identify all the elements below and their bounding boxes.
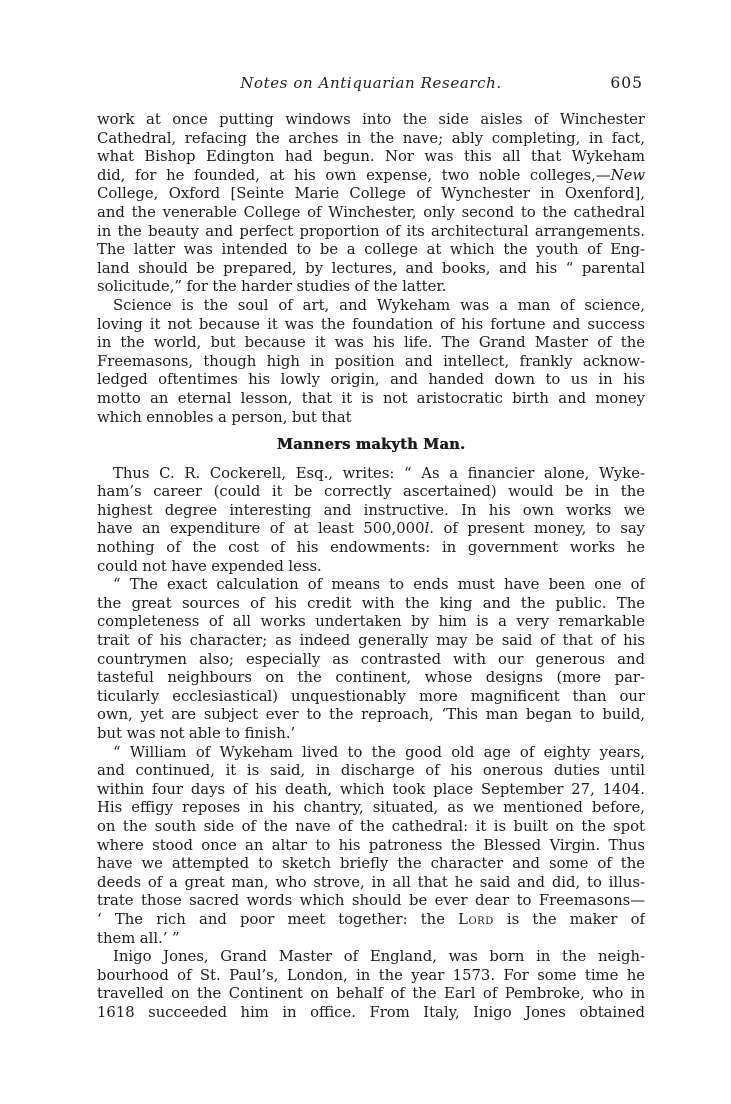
text-line: countrymen also; especially as contraste… (97, 651, 645, 670)
text-line: in the beauty and perfect proportion of … (97, 223, 645, 242)
text-line: Inigo Jones, Grand Master of England, wa… (97, 948, 645, 967)
text-line: work at once putting windows into the si… (97, 111, 645, 130)
text-line: within four days of his death, which too… (97, 781, 645, 800)
text-line: loving it not because it was the foundat… (97, 316, 645, 335)
text-line: ledged oftentimes his lowly origin, and … (97, 371, 645, 390)
text-line: nothing of the cost of his endowments: i… (97, 539, 645, 558)
text-line: did, for he founded, at his own expense,… (97, 167, 645, 186)
text-line: which ennobles a person, but that (97, 409, 645, 428)
text-line: College, Oxford [Seinte Marie College of… (97, 185, 645, 204)
text-line: and the venerable College of Winchester,… (97, 204, 645, 223)
book-page: Notes on Antiquarian Research. 605 work … (0, 0, 731, 1104)
text-line: highest degree interesting and instructi… (97, 502, 645, 521)
page-number: 605 (610, 74, 643, 92)
text-line: and continued, it is said, in discharge … (97, 762, 645, 781)
text-line: have an expenditure of at least 500,000l… (97, 520, 645, 539)
text-line: “ The exact calculation of means to ends… (97, 576, 645, 595)
text-line: the great sources of his credit with the… (97, 595, 645, 614)
text-line: Freemasons, though high in position and … (97, 353, 645, 372)
text-line: tasteful neighbours on the continent, wh… (97, 669, 645, 688)
text-line: motto an eternal lesson, that it is not … (97, 390, 645, 409)
text-line: where stood once an altar to his patrone… (97, 837, 645, 856)
text-line: ‘ The rich and poor meet together: the L… (97, 911, 645, 930)
text-line: solicitude,” for the harder studies of t… (97, 278, 645, 297)
text-line: bourhood of St. Paul’s, London, in the y… (97, 967, 645, 986)
text-line: have we attempted to sketch briefly the … (97, 855, 645, 874)
paragraph-science-soul-of-art: Science is the soul of art, and Wykeham … (97, 297, 645, 427)
text-line: ticularly ecclesiastical) unquestionably… (97, 688, 645, 707)
paragraph-wykeham-colleges: work at once putting windows into the si… (97, 111, 645, 297)
text-line: could not have expended less. (97, 558, 645, 577)
text-line: ham’s career (could it be correctly asce… (97, 483, 645, 502)
page-header: Notes on Antiquarian Research. 605 (97, 74, 645, 96)
text-line: in the world, but because it was his lif… (97, 334, 645, 353)
paragraph-william-of-wykeham-death: “ William of Wykeham lived to the good o… (97, 744, 645, 949)
motto-manners-makyth-man: Manners makyth Man. (97, 436, 645, 455)
text-line: trate those sacred words which should be… (97, 892, 645, 911)
text-line: completeness of all works undertaken by … (97, 613, 645, 632)
text-line: Cathedral, refacing the arches in the na… (97, 130, 645, 149)
paragraph-cockerell-financier: Thus C. R. Cockerell, Esq., writes: “ As… (97, 465, 645, 577)
text-line: His effigy reposes in his chantry, situa… (97, 799, 645, 818)
text-line: but was not able to finish.’ (97, 725, 645, 744)
text-line: on the south side of the nave of the cat… (97, 818, 645, 837)
text-line: what Bishop Edington had begun. Nor was … (97, 148, 645, 167)
motto-line: Manners makyth Man. (97, 436, 645, 455)
page-body: work at once putting windows into the si… (97, 111, 645, 1023)
text-line: own, yet are subject ever to the reproac… (97, 706, 645, 725)
paragraph-exact-calculation: “ The exact calculation of means to ends… (97, 576, 645, 743)
text-line: Science is the soul of art, and Wykeham … (97, 297, 645, 316)
running-title: Notes on Antiquarian Research. (97, 74, 645, 92)
text-line: trait of his character; as indeed genera… (97, 632, 645, 651)
text-line: land should be prepared, by lectures, an… (97, 260, 645, 279)
text-line: “ William of Wykeham lived to the good o… (97, 744, 645, 763)
text-line: The latter was intended to be a college … (97, 241, 645, 260)
text-line: deeds of a great man, who strove, in all… (97, 874, 645, 893)
paragraph-inigo-jones: Inigo Jones, Grand Master of England, wa… (97, 948, 645, 1022)
text-line: them all.’ ” (97, 930, 645, 949)
text-line: Thus C. R. Cockerell, Esq., writes: “ As… (97, 465, 645, 484)
text-line: travelled on the Continent on behalf of … (97, 985, 645, 1004)
text-line: 1618 succeeded him in office. From Italy… (97, 1004, 645, 1023)
